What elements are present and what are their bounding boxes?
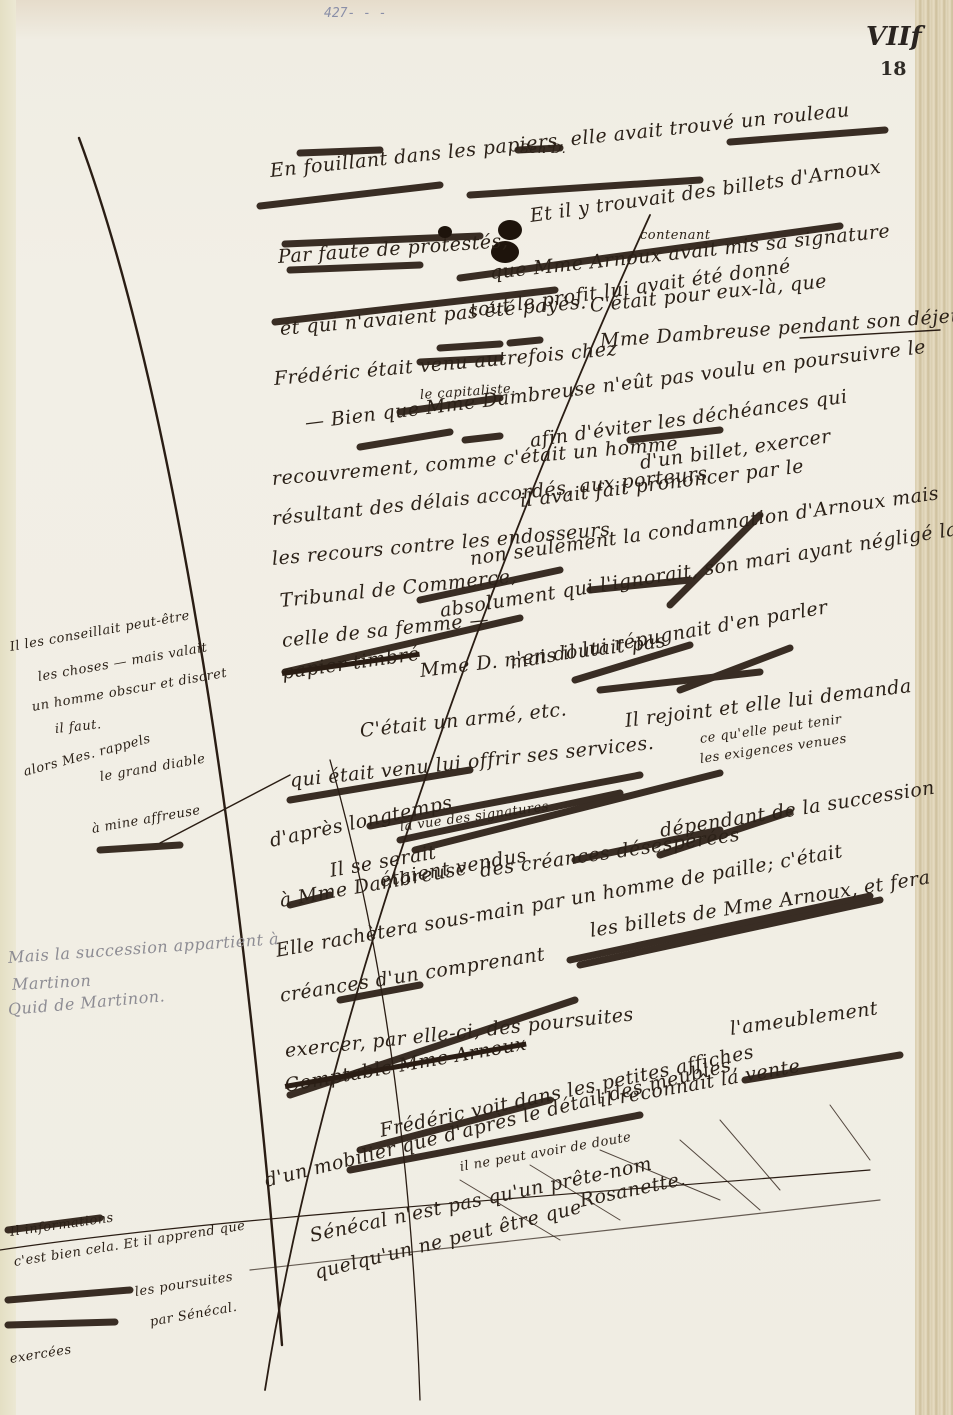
- manuscript-page: 427- - - VIIf 18: [0, 0, 953, 1415]
